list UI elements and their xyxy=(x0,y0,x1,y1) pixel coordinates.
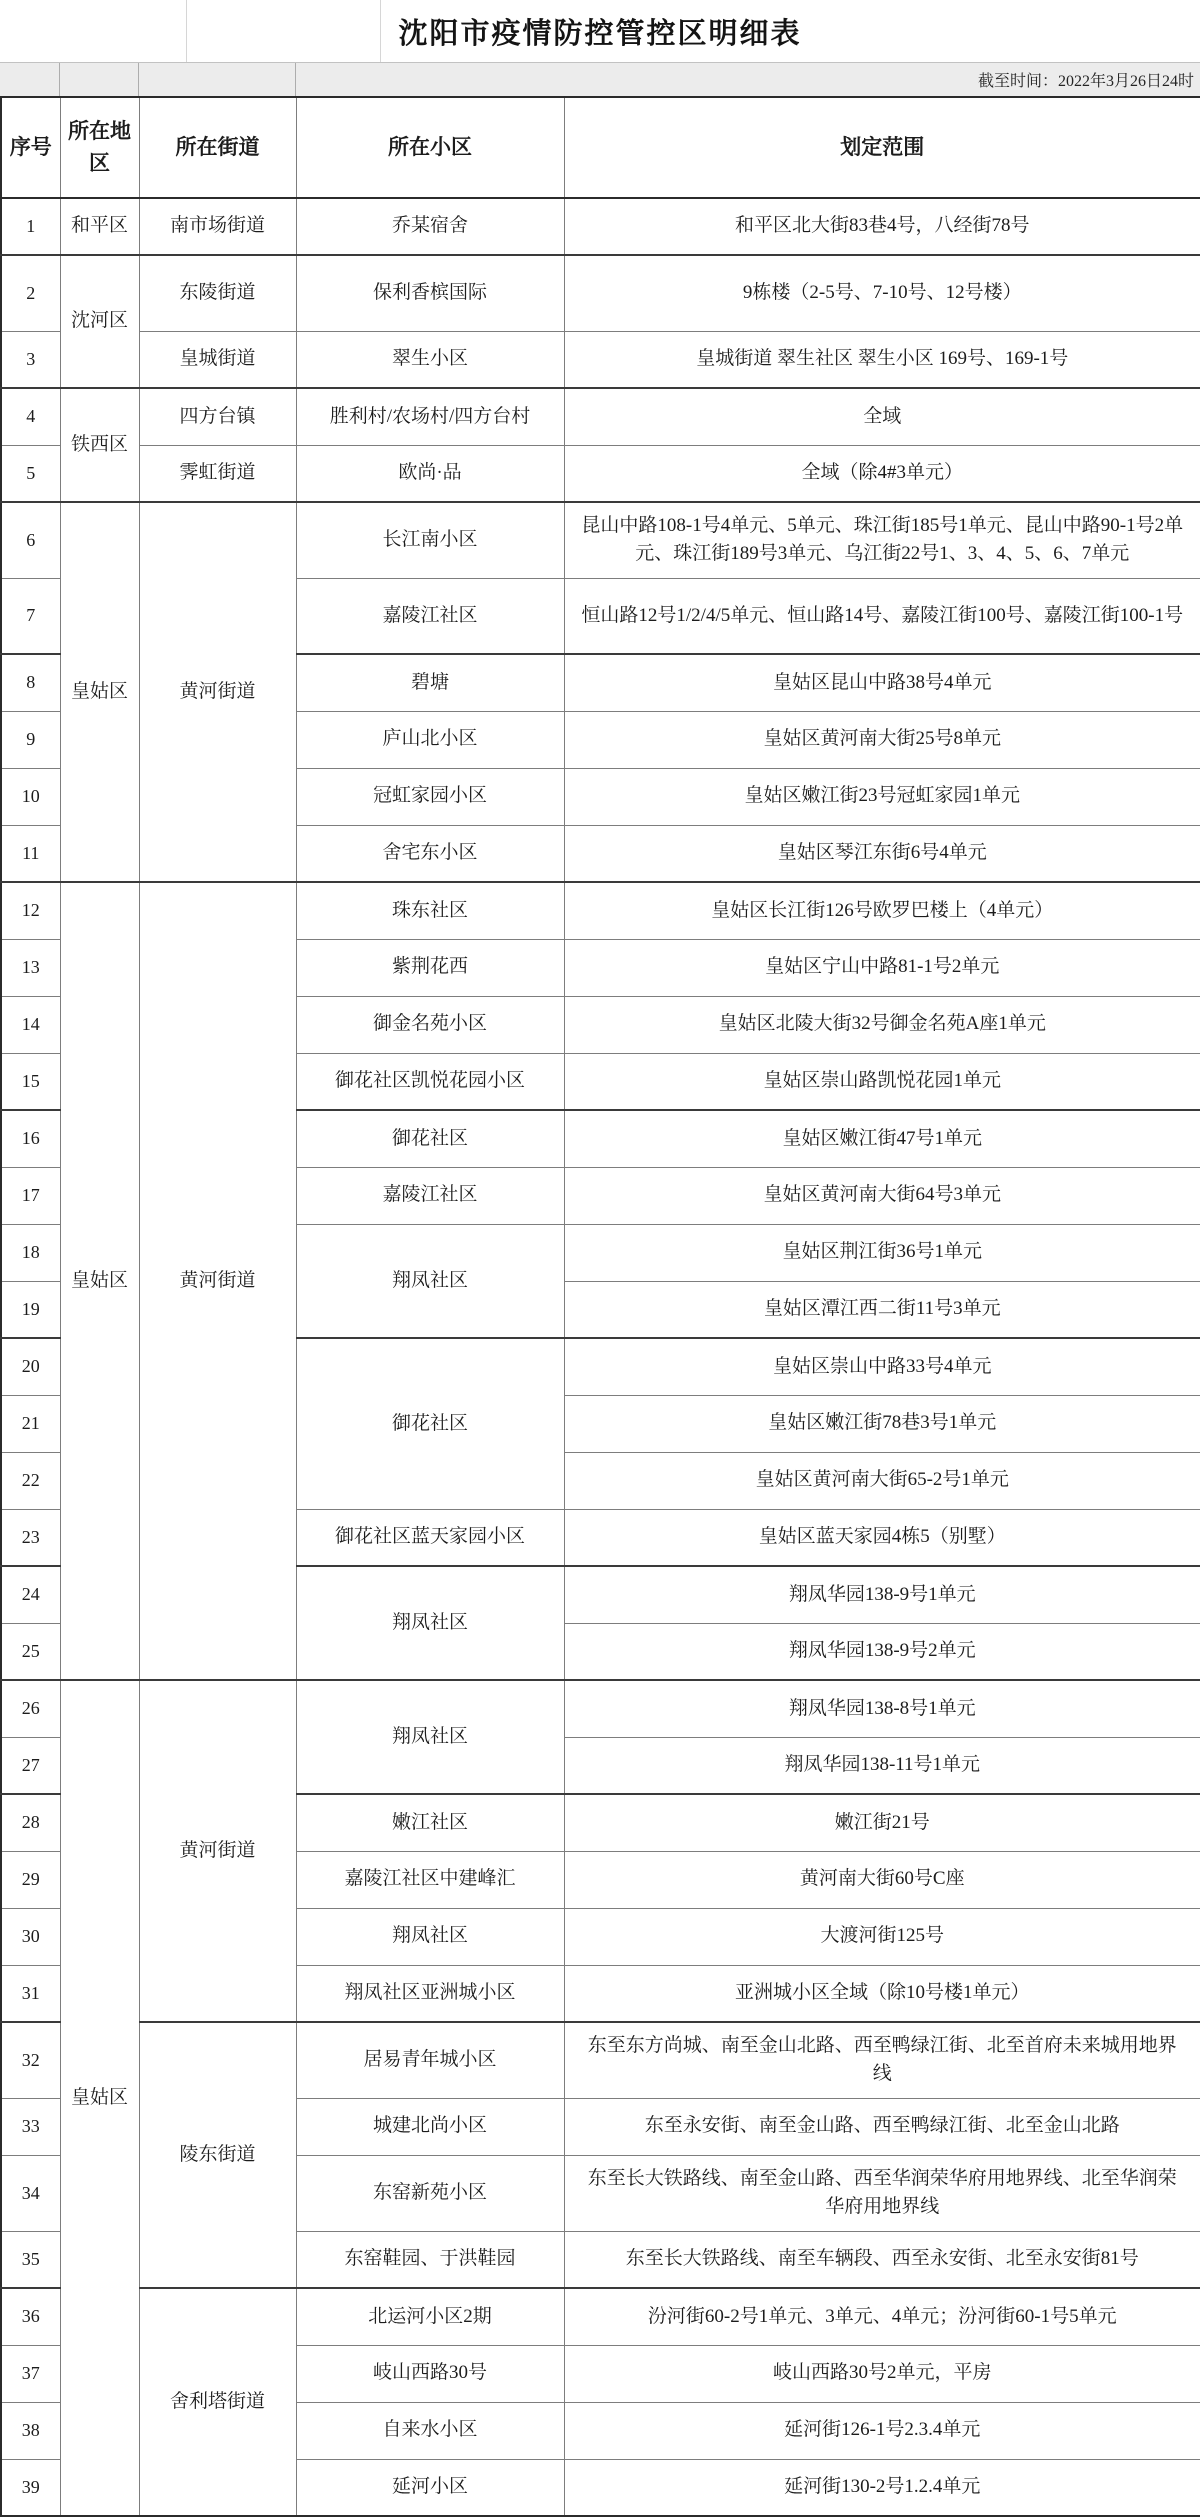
district-cell: 皇姑区 xyxy=(60,502,139,882)
header-range: 划定范围 xyxy=(564,97,1200,198)
table-row: 3 皇城街道 翠生小区 皇城街道 翠生社区 翠生小区 169号、169-1号 xyxy=(1,331,1200,388)
serial-cell: 25 xyxy=(1,1623,60,1680)
header-street: 所在街道 xyxy=(139,97,296,198)
serial-cell: 24 xyxy=(1,1566,60,1623)
community-cell: 岐山西路30号 xyxy=(296,2345,564,2402)
title-block: 沈阳市疫情防控管控区明细表 xyxy=(0,0,1200,62)
community-cell: 嘉陵江社区 xyxy=(296,1167,564,1224)
serial-cell: 16 xyxy=(1,1110,60,1167)
table-row: 4 铁西区 四方台镇 胜利村/农场村/四方台村 全域 xyxy=(1,388,1200,445)
serial-cell: 1 xyxy=(1,198,60,255)
serial-cell: 36 xyxy=(1,2288,60,2345)
street-cell: 黄河街道 xyxy=(139,1680,296,2022)
serial-cell: 32 xyxy=(1,2022,60,2098)
serial-cell: 31 xyxy=(1,1965,60,2022)
table-row: 1 和平区 南市场街道 乔某宿舍 和平区北大街83巷4号，八经街78号 xyxy=(1,198,1200,255)
range-cell: 翔凤华园138-8号1单元 xyxy=(564,1680,1200,1737)
range-cell: 皇姑区潭江西二街11号3单元 xyxy=(564,1281,1200,1338)
district-cell: 皇姑区 xyxy=(60,882,139,1680)
range-cell: 皇姑区黄河南大街25号8单元 xyxy=(564,711,1200,768)
serial-cell: 11 xyxy=(1,825,60,882)
column-gridline xyxy=(138,63,139,96)
range-cell: 全域（除4#3单元） xyxy=(564,445,1200,502)
range-cell: 延河街126-1号2.3.4单元 xyxy=(564,2402,1200,2459)
community-cell: 翔凤社区亚洲城小区 xyxy=(296,1965,564,2022)
community-cell: 东窑新苑小区 xyxy=(296,2155,564,2231)
community-cell: 北运河小区2期 xyxy=(296,2288,564,2345)
range-cell: 皇姑区嫩江街47号1单元 xyxy=(564,1110,1200,1167)
community-cell: 紫荆花西 xyxy=(296,939,564,996)
community-cell: 东窑鞋园、于洪鞋园 xyxy=(296,2231,564,2288)
street-cell: 舍利塔街道 xyxy=(139,2288,296,2516)
range-cell: 翔凤华园138-11号1单元 xyxy=(564,1737,1200,1794)
serial-cell: 20 xyxy=(1,1338,60,1395)
community-cell: 保利香槟国际 xyxy=(296,255,564,331)
community-cell: 乔某宿舍 xyxy=(296,198,564,255)
range-cell: 皇姑区嫩江街23号冠虹家园1单元 xyxy=(564,768,1200,825)
serial-cell: 35 xyxy=(1,2231,60,2288)
community-cell: 御花社区凯悦花园小区 xyxy=(296,1053,564,1110)
control-area-table: 序号 所在地区 所在街道 所在小区 划定范围 1 和平区 南市场街道 乔某宿舍 … xyxy=(0,96,1200,2517)
serial-cell: 8 xyxy=(1,654,60,711)
serial-cell: 39 xyxy=(1,2459,60,2516)
table-row: 36 舍利塔街道 北运河小区2期 汾河街60-2号1单元、3单元、4单元；汾河街… xyxy=(1,2288,1200,2345)
range-cell: 皇姑区琴江东街6号4单元 xyxy=(564,825,1200,882)
range-cell: 东至长大铁路线、南至金山路、西至华润荣华府用地界线、北至华润荣华府用地界线 xyxy=(564,2155,1200,2231)
serial-cell: 4 xyxy=(1,388,60,445)
serial-cell: 15 xyxy=(1,1053,60,1110)
community-cell: 舍宅东小区 xyxy=(296,825,564,882)
range-cell: 皇姑区崇山路凯悦花园1单元 xyxy=(564,1053,1200,1110)
serial-cell: 19 xyxy=(1,1281,60,1338)
range-cell: 黄河南大街60号C座 xyxy=(564,1851,1200,1908)
community-cell: 嘉陵江社区中建峰汇 xyxy=(296,1851,564,1908)
serial-cell: 37 xyxy=(1,2345,60,2402)
page-title: 沈阳市疫情防控管控区明细表 xyxy=(398,11,801,52)
community-cell: 庐山北小区 xyxy=(296,711,564,768)
range-cell: 9栋楼（2-5号、7-10号、12号楼） xyxy=(564,255,1200,331)
street-cell: 东陵街道 xyxy=(139,255,296,331)
community-cell: 御花社区 xyxy=(296,1338,564,1509)
community-cell: 翠生小区 xyxy=(296,331,564,388)
serial-cell: 18 xyxy=(1,1224,60,1281)
community-cell: 御金名苑小区 xyxy=(296,996,564,1053)
range-cell: 翔凤华园138-9号2单元 xyxy=(564,1623,1200,1680)
community-cell: 碧塘 xyxy=(296,654,564,711)
serial-cell: 10 xyxy=(1,768,60,825)
serial-cell: 9 xyxy=(1,711,60,768)
serial-cell: 29 xyxy=(1,1851,60,1908)
serial-cell: 7 xyxy=(1,578,60,654)
table-row: 2 沈河区 东陵街道 保利香槟国际 9栋楼（2-5号、7-10号、12号楼） xyxy=(1,255,1200,331)
serial-cell: 28 xyxy=(1,1794,60,1851)
community-cell: 翔凤社区 xyxy=(296,1908,564,1965)
district-cell: 铁西区 xyxy=(60,388,139,502)
range-cell: 皇姑区蓝天家园4栋5（别墅） xyxy=(564,1509,1200,1566)
range-cell: 皇姑区昆山中路38号4单元 xyxy=(564,654,1200,711)
community-cell: 珠东社区 xyxy=(296,882,564,939)
column-gridline xyxy=(295,63,296,96)
serial-cell: 23 xyxy=(1,1509,60,1566)
street-cell: 黄河街道 xyxy=(139,882,296,1680)
serial-cell: 17 xyxy=(1,1167,60,1224)
serial-cell: 30 xyxy=(1,1908,60,1965)
range-cell: 延河街130-2号1.2.4单元 xyxy=(564,2459,1200,2516)
street-cell: 霁虹街道 xyxy=(139,445,296,502)
community-cell: 城建北尚小区 xyxy=(296,2098,564,2155)
as-of-band: 截至时间：2022年3月26日24时 xyxy=(0,62,1200,96)
header-row: 序号 所在地区 所在街道 所在小区 划定范围 xyxy=(1,97,1200,198)
serial-cell: 6 xyxy=(1,502,60,578)
serial-cell: 21 xyxy=(1,1395,60,1452)
street-cell: 南市场街道 xyxy=(139,198,296,255)
community-cell: 御花社区 xyxy=(296,1110,564,1167)
community-cell: 嘉陵江社区 xyxy=(296,578,564,654)
serial-cell: 14 xyxy=(1,996,60,1053)
range-cell: 东至长大铁路线、南至车辆段、西至永安街、北至永安街81号 xyxy=(564,2231,1200,2288)
table-row: 5 霁虹街道 欧尚·品 全域（除4#3单元） xyxy=(1,445,1200,502)
community-cell: 欧尚·品 xyxy=(296,445,564,502)
serial-cell: 34 xyxy=(1,2155,60,2231)
header-district: 所在地区 xyxy=(60,97,139,198)
table-row: 12 皇姑区 黄河街道 珠东社区 皇姑区长江街126号欧罗巴楼上（4单元） xyxy=(1,882,1200,939)
range-cell: 恒山路12号1/2/4/5单元、恒山路14号、嘉陵江街100号、嘉陵江街100-… xyxy=(564,578,1200,654)
street-cell: 黄河街道 xyxy=(139,502,296,882)
range-cell: 亚洲城小区全域（除10号楼1单元） xyxy=(564,1965,1200,2022)
district-cell: 沈河区 xyxy=(60,255,139,388)
range-cell: 东至永安街、南至金山路、西至鸭绿江街、北至金山北路 xyxy=(564,2098,1200,2155)
range-cell: 皇姑区长江街126号欧罗巴楼上（4单元） xyxy=(564,882,1200,939)
range-cell: 皇姑区崇山中路33号4单元 xyxy=(564,1338,1200,1395)
range-cell: 汾河街60-2号1单元、3单元、4单元；汾河街60-1号5单元 xyxy=(564,2288,1200,2345)
district-cell: 皇姑区 xyxy=(60,1680,139,2516)
community-cell: 嫩江社区 xyxy=(296,1794,564,1851)
community-cell: 自来水小区 xyxy=(296,2402,564,2459)
range-cell: 翔凤华园138-9号1单元 xyxy=(564,1566,1200,1623)
spreadsheet-page: { "title": "沈阳市疫情防控管控区明细表", "meta": { "a… xyxy=(0,0,1200,2508)
range-cell: 昆山中路108-1号4单元、5单元、珠江街185号1单元、昆山中路90-1号2单… xyxy=(564,502,1200,578)
community-cell: 翔凤社区 xyxy=(296,1680,564,1794)
serial-cell: 26 xyxy=(1,1680,60,1737)
range-cell: 皇姑区黄河南大街64号3单元 xyxy=(564,1167,1200,1224)
community-cell: 翔凤社区 xyxy=(296,1224,564,1338)
range-cell: 东至东方尚城、南至金山北路、西至鸭绿江街、北至首府未来城用地界线 xyxy=(564,2022,1200,2098)
serial-cell: 22 xyxy=(1,1452,60,1509)
community-cell: 冠虹家园小区 xyxy=(296,768,564,825)
as-of-timestamp: 截至时间：2022年3月26日24时 xyxy=(978,68,1200,91)
serial-cell: 5 xyxy=(1,445,60,502)
range-cell: 皇姑区黄河南大街65-2号1单元 xyxy=(564,1452,1200,1509)
range-cell: 皇姑区宁山中路81-1号2单元 xyxy=(564,939,1200,996)
community-cell: 翔凤社区 xyxy=(296,1566,564,1680)
column-gridline xyxy=(59,63,60,96)
serial-cell: 2 xyxy=(1,255,60,331)
gridline-artifact xyxy=(380,0,381,62)
serial-cell: 3 xyxy=(1,331,60,388)
serial-cell: 27 xyxy=(1,1737,60,1794)
serial-cell: 33 xyxy=(1,2098,60,2155)
range-cell: 大渡河街125号 xyxy=(564,1908,1200,1965)
range-cell: 皇姑区北陵大街32号御金名苑A座1单元 xyxy=(564,996,1200,1053)
header-serial: 序号 xyxy=(1,97,60,198)
range-cell: 全域 xyxy=(564,388,1200,445)
street-cell: 四方台镇 xyxy=(139,388,296,445)
serial-cell: 13 xyxy=(1,939,60,996)
range-cell: 皇姑区荆江街36号1单元 xyxy=(564,1224,1200,1281)
community-cell: 胜利村/农场村/四方台村 xyxy=(296,388,564,445)
table-row: 26 皇姑区 黄河街道 翔凤社区 翔凤华园138-8号1单元 xyxy=(1,1680,1200,1737)
community-cell: 御花社区蓝天家园小区 xyxy=(296,1509,564,1566)
community-cell: 居易青年城小区 xyxy=(296,2022,564,2098)
table-row: 6 皇姑区 黄河街道 长江南小区 昆山中路108-1号4单元、5单元、珠江街18… xyxy=(1,502,1200,578)
range-cell: 岐山西路30号2单元，平房 xyxy=(564,2345,1200,2402)
range-cell: 和平区北大街83巷4号，八经街78号 xyxy=(564,198,1200,255)
serial-cell: 38 xyxy=(1,2402,60,2459)
community-cell: 延河小区 xyxy=(296,2459,564,2516)
street-cell: 皇城街道 xyxy=(139,331,296,388)
range-cell: 皇城街道 翠生社区 翠生小区 169号、169-1号 xyxy=(564,331,1200,388)
range-cell: 皇姑区嫩江街78巷3号1单元 xyxy=(564,1395,1200,1452)
community-cell: 长江南小区 xyxy=(296,502,564,578)
table-row: 32 陵东街道 居易青年城小区 东至东方尚城、南至金山北路、西至鸭绿江街、北至首… xyxy=(1,2022,1200,2098)
gridline-artifact xyxy=(186,0,187,62)
district-cell: 和平区 xyxy=(60,198,139,255)
street-cell: 陵东街道 xyxy=(139,2022,296,2288)
header-community: 所在小区 xyxy=(296,97,564,198)
range-cell: 嫩江街21号 xyxy=(564,1794,1200,1851)
serial-cell: 12 xyxy=(1,882,60,939)
